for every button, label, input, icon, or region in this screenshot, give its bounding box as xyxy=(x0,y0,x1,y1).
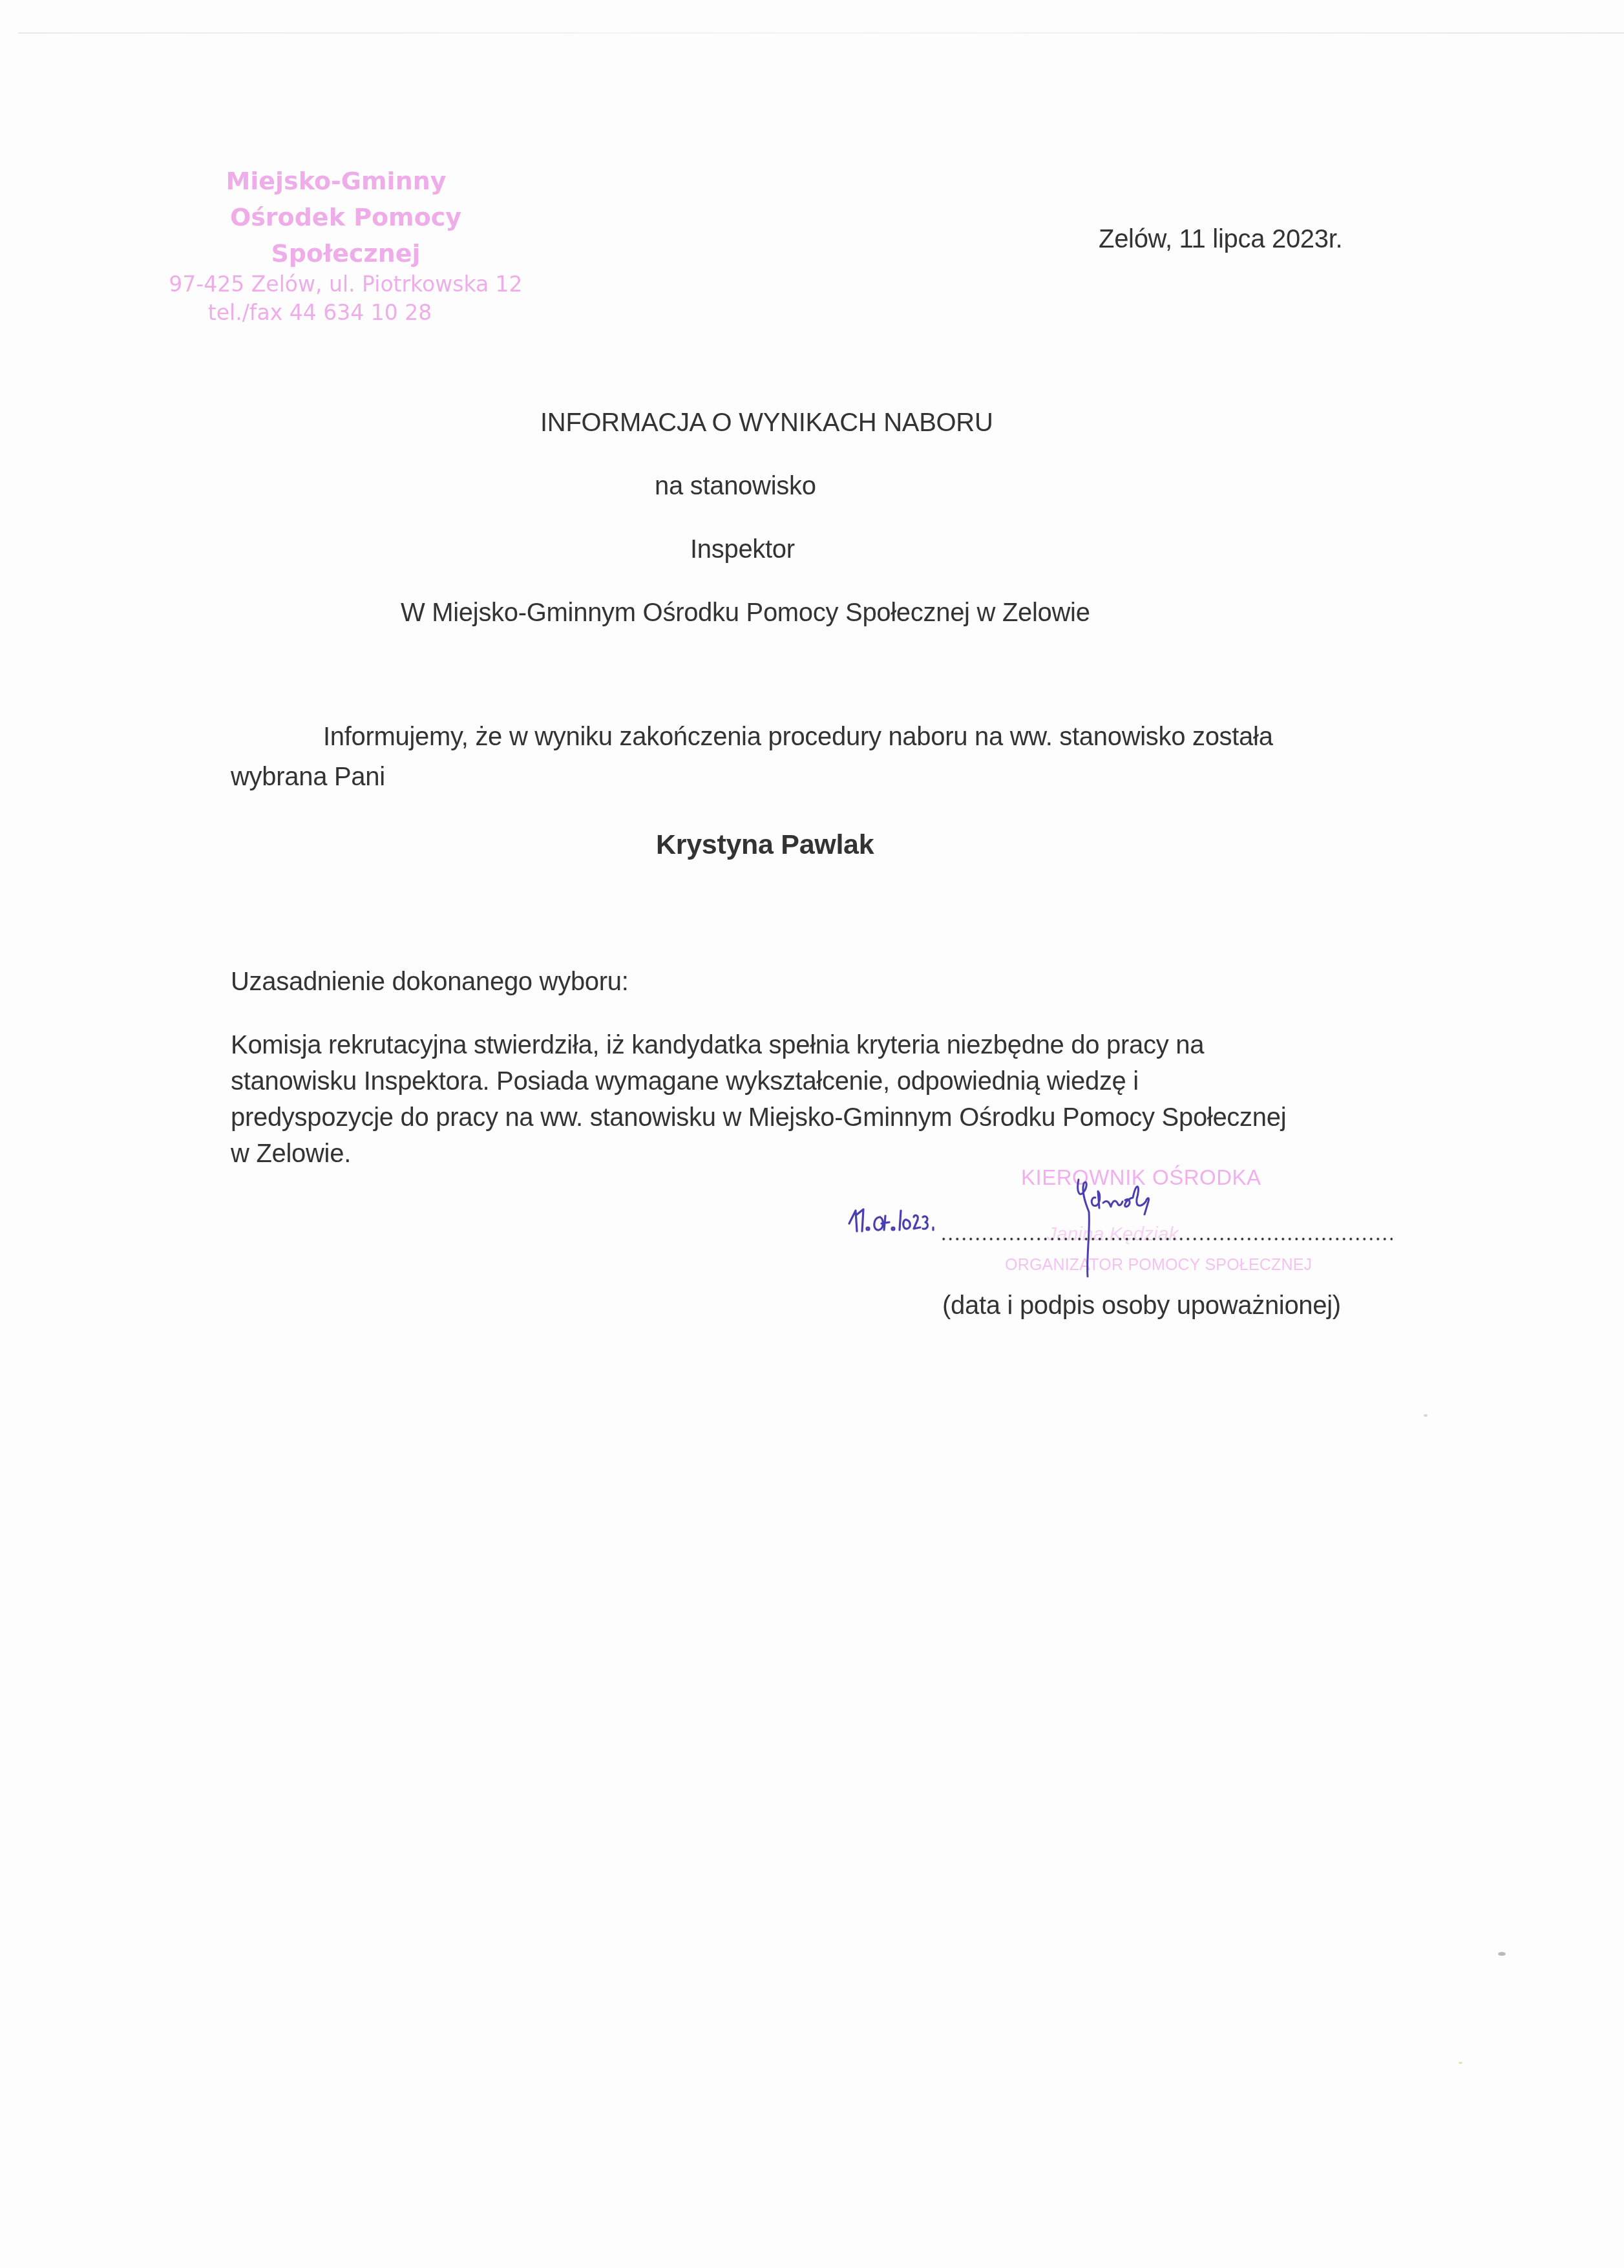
scan-speck xyxy=(1459,2062,1462,2064)
document-subheading: na stanowisko xyxy=(655,472,816,501)
stamp-line-1: Miejsko-Gminny xyxy=(145,163,527,199)
institution-name: W Miejsko-Gminnym Ośrodku Pomocy Społecz… xyxy=(401,599,1090,628)
justification-line: w Zelowie. xyxy=(231,1139,351,1169)
scan-speck xyxy=(1424,1414,1428,1417)
justification-line: stanowisku Inspektora. Posiada wymagane … xyxy=(231,1067,1139,1096)
selected-candidate: Krystyna Pawlak xyxy=(656,829,874,861)
signature-caption: (data i podpis osoby upoważnionej) xyxy=(942,1291,1341,1320)
handwritten-date-icon xyxy=(847,1191,944,1249)
signature-icon xyxy=(1070,1160,1160,1283)
justification-line: Komisja rekrutacyjna stwierdziła, iż kan… xyxy=(231,1031,1204,1060)
announcement-line-2: wybrana Pani xyxy=(231,763,385,792)
position-name: Inspektor xyxy=(690,535,795,564)
place-date: Zelów, 11 lipca 2023r. xyxy=(1099,225,1342,254)
institution-stamp: Miejsko-Gminny Ośrodek Pomocy Społecznej… xyxy=(165,163,527,331)
scan-speck xyxy=(1498,1952,1506,1956)
announcement-line-1: Informujemy, że w wyniku zakończenia pro… xyxy=(323,723,1273,752)
signature-block: KIEROWNIK OŚRODKA Janina Kędziak ORGANIZ… xyxy=(847,1160,1402,1289)
justification-label: Uzasadnienie dokonanego wyboru: xyxy=(231,968,629,997)
document-heading: INFORMACJA O WYNIKACH NABORU xyxy=(540,408,993,438)
scan-edge-line xyxy=(18,32,1624,34)
justification-line: predyspozycje do pracy na ww. stanowisku… xyxy=(231,1103,1286,1132)
signature-dotted-line xyxy=(940,1236,1393,1242)
stamp-line-2: Ośrodek Pomocy Społecznej xyxy=(165,199,527,271)
